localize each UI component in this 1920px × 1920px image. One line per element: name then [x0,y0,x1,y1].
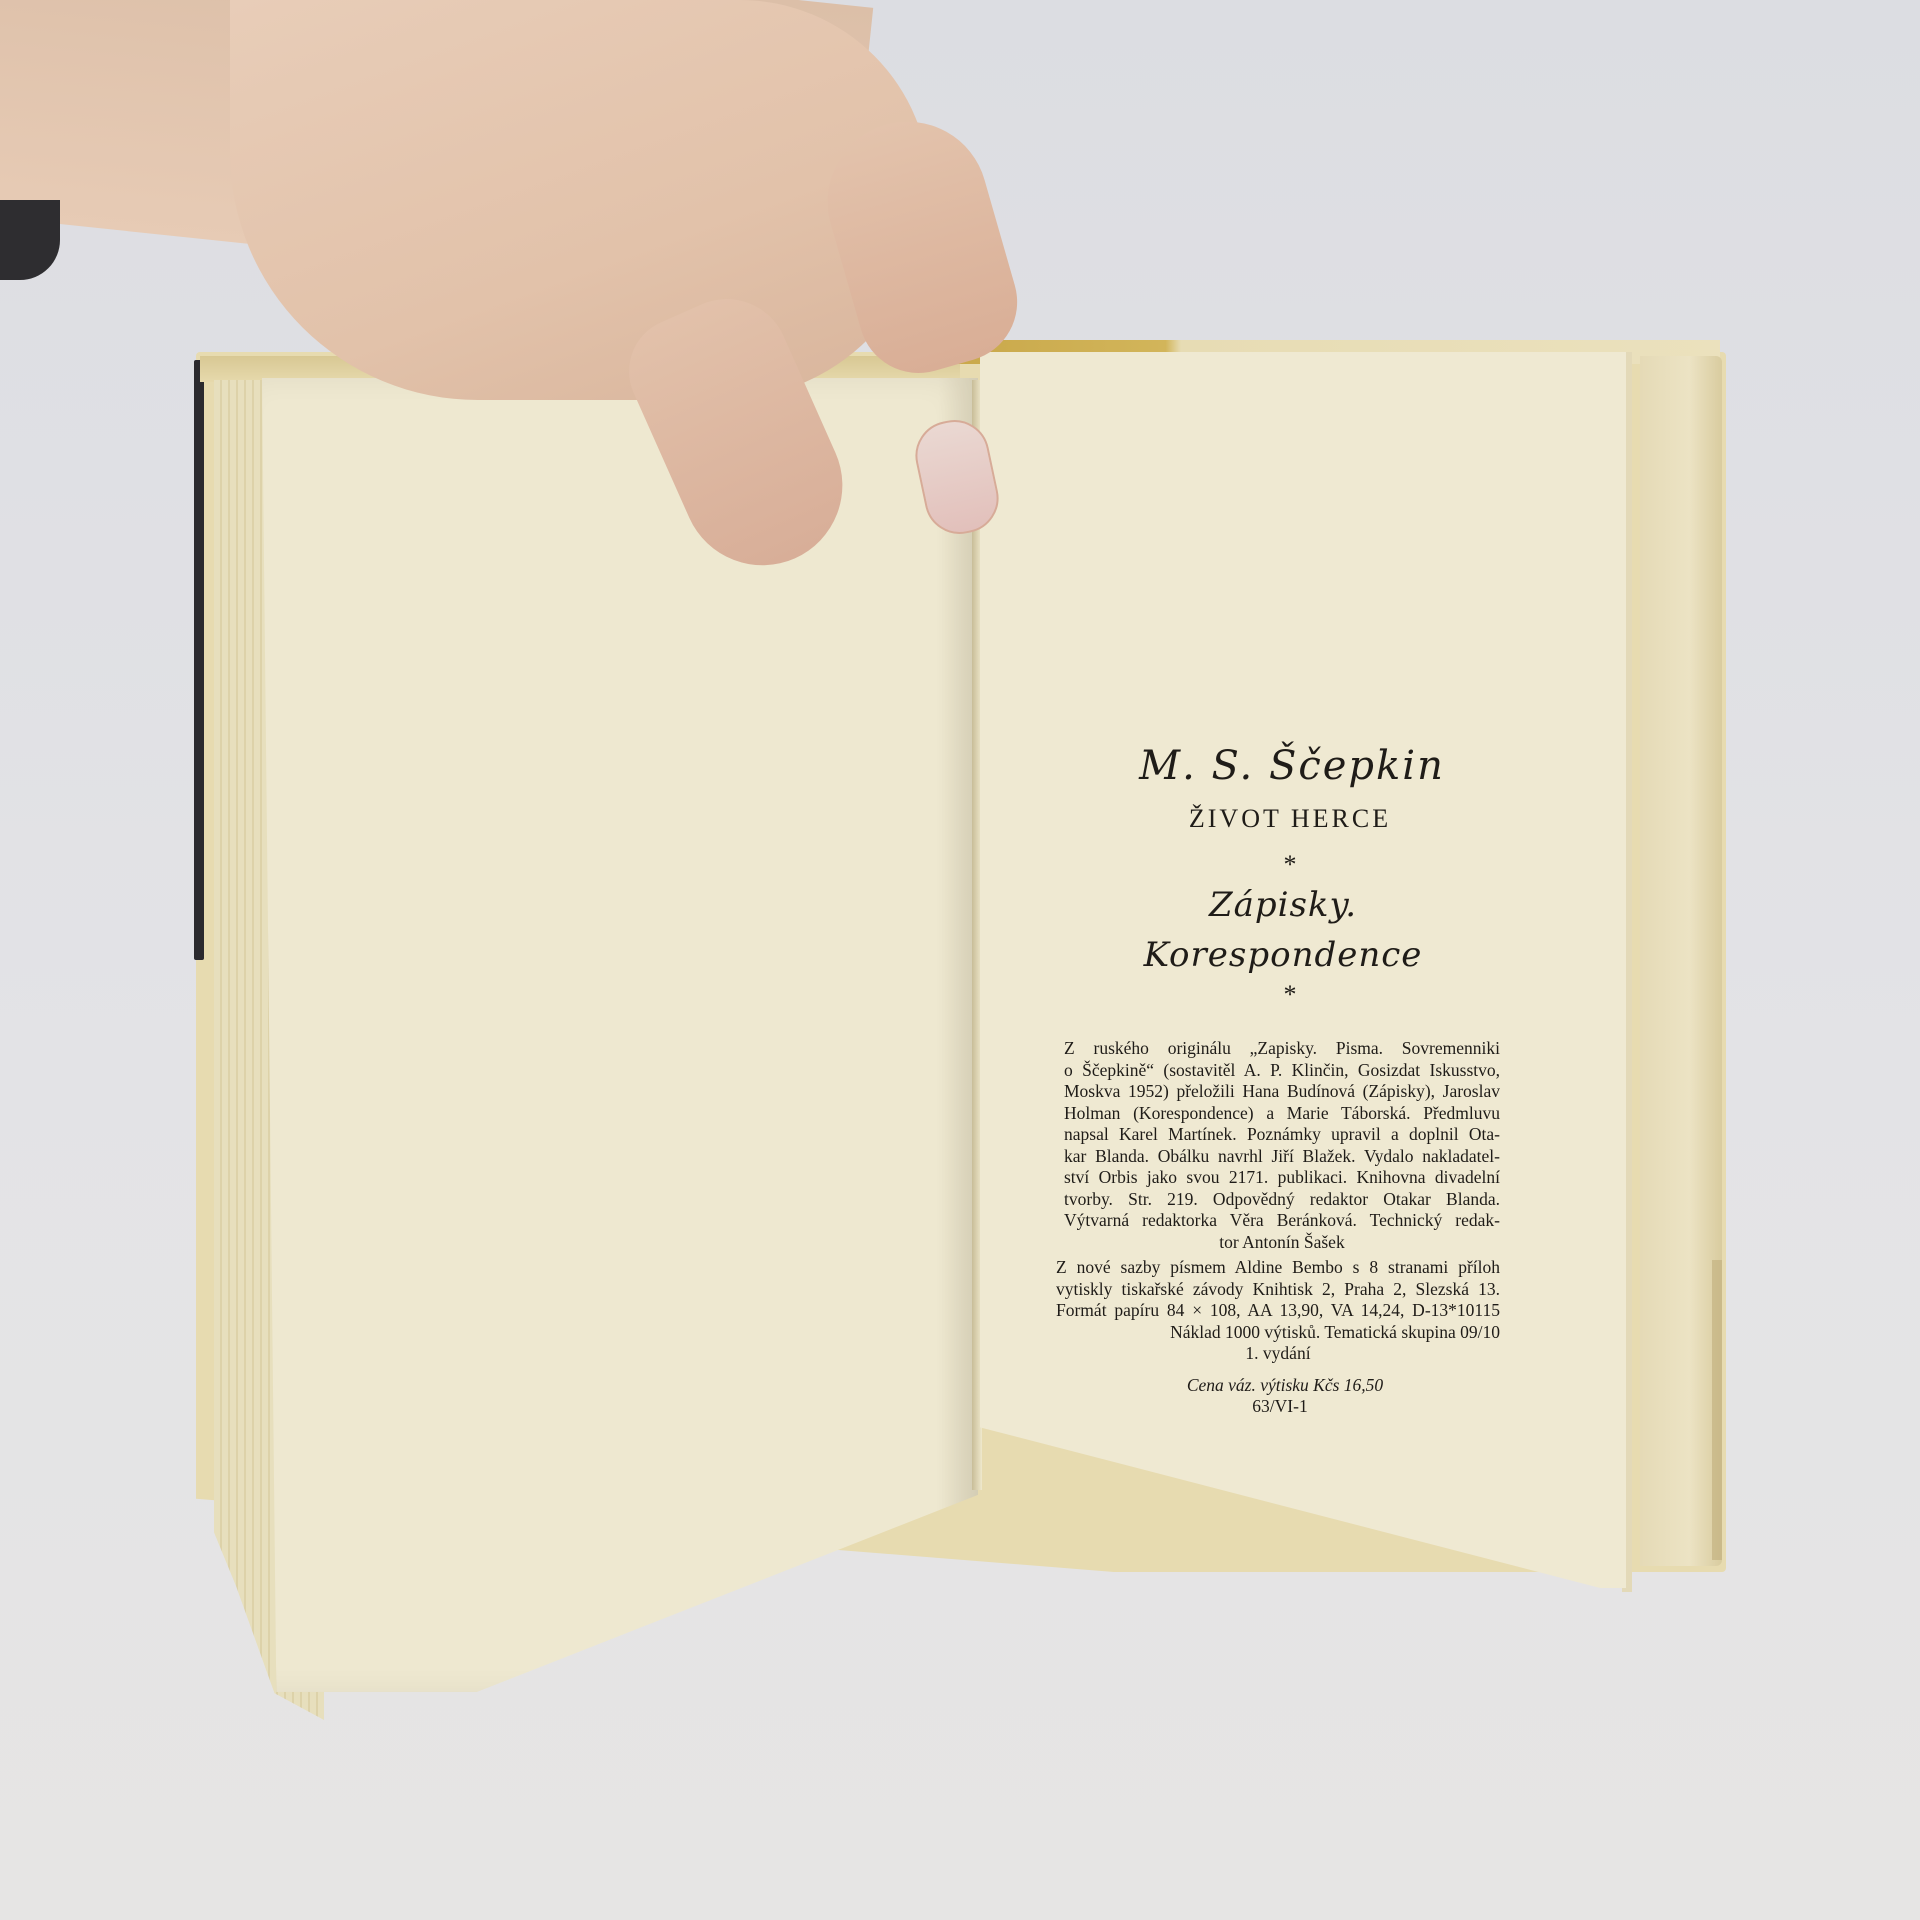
board-wear-mark [1712,1260,1722,1560]
colophon-line: ství Orbis jako svou 2171. publikaci. Kn… [1064,1167,1500,1189]
colophon-line: kar Blanda. Obálku navrhl Jiří Blažek. V… [1064,1146,1500,1168]
asterisk-ornament: * [1080,850,1500,880]
back-board [1640,356,1722,1566]
colophon-line: Moskva 1952) přeložili Hana Budínová (Zá… [1064,1081,1500,1103]
book-spine-edge [194,360,204,960]
print-line: Formát papíru 84 × 108, AA 13,90, VA 14,… [1056,1300,1500,1322]
author-name: M. S. Ščepkin [1084,740,1500,792]
colophon-line: tvorby. Str. 219. Odpovědný redaktor Ota… [1064,1189,1500,1211]
price-line: Cena váz. výtisku Kčs 16,50 [1070,1375,1500,1396]
colophon-line: Z ruského originálu „Zapisky. Pisma. Sov… [1064,1038,1500,1060]
colophon-line: Holman (Korespondence) a Marie Táborská.… [1064,1103,1500,1125]
print-line: 1. vydání [1056,1343,1500,1365]
colophon-line: napsal Karel Martínek. Poznámky upravil … [1064,1124,1500,1146]
hand [230,0,930,400]
colophon-line: tor Antonín Šašek [1064,1232,1500,1254]
title-page-text: M. S. Ščepkin ŽIVOT HERCE * Zápisky. Kor… [1040,740,1500,1417]
colophon-line: Výtvarná redaktorka Věra Beránková. Tech… [1064,1210,1500,1232]
colophon-line: o Ščepkině“ (sostavitěl A. P. Klinčin, G… [1064,1060,1500,1082]
book-title: ŽIVOT HERCE [1080,804,1500,834]
print-info: Z nové sazby písmem Aldine Bembo s 8 str… [1056,1257,1500,1365]
left-page-blank [262,378,978,1692]
book-photo-scene: M. S. Ščepkin ŽIVOT HERCE * Zápisky. Kor… [0,0,1920,1920]
print-line: vytiskly tiskařské závody Knihtisk 2, Pr… [1056,1279,1500,1301]
catalog-number: 63/VI-1 [1060,1396,1500,1417]
book-subtitle: Zápisky. Korespondence [1066,880,1500,980]
print-line: Náklad 1000 výtisků. Tematická skupina 0… [1056,1322,1500,1344]
sleeve-cuff [0,200,60,280]
print-line: Z nové sazby písmem Aldine Bembo s 8 str… [1056,1257,1500,1279]
asterisk-ornament: * [1080,980,1500,1010]
colophon: Z ruského originálu „Zapisky. Pisma. Sov… [1064,1038,1500,1253]
